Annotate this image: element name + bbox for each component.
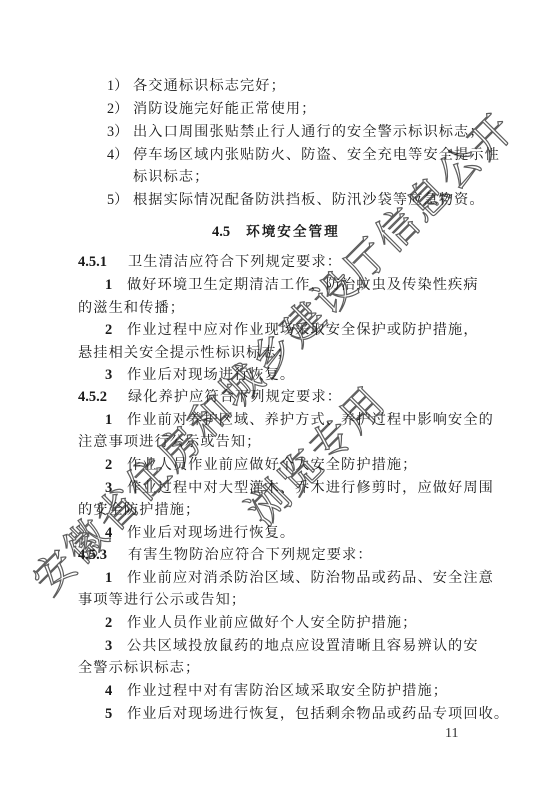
list-text: 出入口周围张贴禁止行人通行的安全警示标识标志；: [133, 124, 485, 140]
document-page: 1）各交通标识标志完好； 2）消防设施完好能正常使用； 3）出入口周围张贴禁止行…: [0, 0, 548, 793]
item-number: 1: [105, 275, 127, 295]
list-number: 3）: [107, 122, 133, 142]
clause-number: 4.5.1: [78, 252, 128, 272]
clause-item: 2作业人员作业前应做好个人安全防护措施；: [105, 613, 417, 633]
clause-item-continuation: 悬挂相关安全提示性标识标志；: [78, 343, 292, 363]
list-text: 根据实际情况配备防洪挡板、防汛沙袋等应急物资。: [133, 192, 485, 208]
list-text: 消防设施完好能正常使用；: [133, 101, 316, 117]
item-text: 公共区域投放鼠药的地点应设置清晰且容易辨认的安: [127, 638, 479, 654]
item-number: 4: [105, 681, 127, 701]
clause-title: 卫生清洁应符合下列规定要求：: [128, 254, 342, 270]
item-text: 作业过程中对有害防治区域采取安全防护措施；: [127, 683, 448, 699]
clause-item: 4作业后对现场进行恢复。: [105, 523, 295, 543]
list-item-continuation: 标识标志；: [133, 167, 209, 187]
clause-item-continuation: 事项等进行公示或告知；: [78, 590, 246, 610]
list-number: 1）: [107, 76, 133, 96]
item-text: 作业人员作业前应做好个人安全防护措施；: [127, 615, 417, 631]
list-text: 各交通标识标志完好；: [133, 78, 286, 94]
list-number: 4）: [107, 145, 133, 165]
item-number: 4: [105, 523, 127, 543]
item-number: 2: [105, 613, 127, 633]
clause-item: 3作业后对现场进行恢复。: [105, 365, 295, 385]
list-item: 5）根据实际情况配备防洪挡板、防汛沙袋等应急物资。: [107, 190, 485, 210]
clause-item-continuation: 的滋生和传播；: [78, 298, 185, 318]
list-number: 5）: [107, 190, 133, 210]
clause-item: 2作业人员作业前应做好个人安全防护措施；: [105, 455, 417, 475]
item-number: 3: [105, 478, 127, 498]
item-number: 3: [105, 636, 127, 656]
clause-number: 4.5.2: [78, 387, 128, 407]
clause-item-continuation: 注意事项进行公示或告知；: [78, 432, 261, 452]
clause-heading: 4.5.1卫生清洁应符合下列规定要求：: [78, 252, 342, 272]
list-item: 4）停车场区域内张贴防火、防盗、安全充电等安全提示性: [107, 145, 500, 165]
item-text: 作业后对现场进行恢复，包括剩余物品或药品专项回收。: [127, 706, 509, 722]
clause-item-continuation: 的安全防护措施；: [78, 500, 200, 520]
item-number: 1: [105, 410, 127, 430]
item-text: 作业后对现场进行恢复。: [127, 525, 295, 541]
clause-item: 4作业过程中对有害防治区域采取安全防护措施；: [105, 681, 448, 701]
clause-item-continuation: 全警示标识标志；: [78, 658, 200, 678]
item-text: 作业前对养护区域、养护方式、养护过程中影响安全的: [127, 412, 494, 428]
clause-item: 1作业前对养护区域、养护方式、养护过程中影响安全的: [105, 410, 494, 430]
clause-item: 3公共区域投放鼠药的地点应设置清晰且容易辨认的安: [105, 636, 479, 656]
list-item: 2）消防设施完好能正常使用；: [107, 99, 316, 119]
item-text: 作业后对现场进行恢复。: [127, 367, 295, 383]
section-number: 4.5: [212, 224, 230, 240]
item-number: 5: [105, 704, 127, 724]
item-text: 作业人员作业前应做好个人安全防护措施；: [127, 457, 417, 473]
clause-item: 3作业过程中对大型灌木、乔木进行修剪时，应做好周围: [105, 478, 494, 498]
item-number: 2: [105, 455, 127, 475]
clause-heading: 4.5.2绿化养护应符合下列规定要求：: [78, 387, 342, 407]
section-heading: 4.5环境安全管理: [212, 222, 340, 242]
page-number: 11: [445, 726, 458, 742]
clause-item: 1做好环境卫生定期清洁工作，防治蚊虫及传染性疾病: [105, 275, 479, 295]
section-title: 环境安全管理: [246, 224, 340, 240]
clause-item: 1作业前应对消杀防治区域、防治物品或药品、安全注意: [105, 568, 494, 588]
clause-item: 2作业过程中应对作业现场采取安全保护或防护措施，: [105, 320, 479, 340]
item-text: 作业过程中应对作业现场采取安全保护或防护措施，: [127, 322, 479, 338]
item-text: 作业前应对消杀防治区域、防治物品或药品、安全注意: [127, 570, 494, 586]
clause-title: 有害生物防治应符合下列规定要求：: [128, 547, 373, 563]
item-text: 做好环境卫生定期清洁工作，防治蚊虫及传染性疾病: [127, 277, 479, 293]
list-item: 1）各交通标识标志完好；: [107, 76, 286, 96]
clause-item: 5作业后对现场进行恢复，包括剩余物品或药品专项回收。: [105, 704, 509, 724]
item-number: 3: [105, 365, 127, 385]
clause-title: 绿化养护应符合下列规定要求：: [128, 389, 342, 405]
list-item: 3）出入口周围张贴禁止行人通行的安全警示标识标志；: [107, 122, 485, 142]
clause-number: 4.5.3: [78, 545, 128, 565]
item-number: 2: [105, 320, 127, 340]
list-text: 停车场区域内张贴防火、防盗、安全充电等安全提示性: [133, 147, 500, 163]
item-text: 作业过程中对大型灌木、乔木进行修剪时，应做好周围: [127, 480, 494, 496]
list-number: 2）: [107, 99, 133, 119]
item-number: 1: [105, 568, 127, 588]
clause-heading: 4.5.3有害生物防治应符合下列规定要求：: [78, 545, 373, 565]
